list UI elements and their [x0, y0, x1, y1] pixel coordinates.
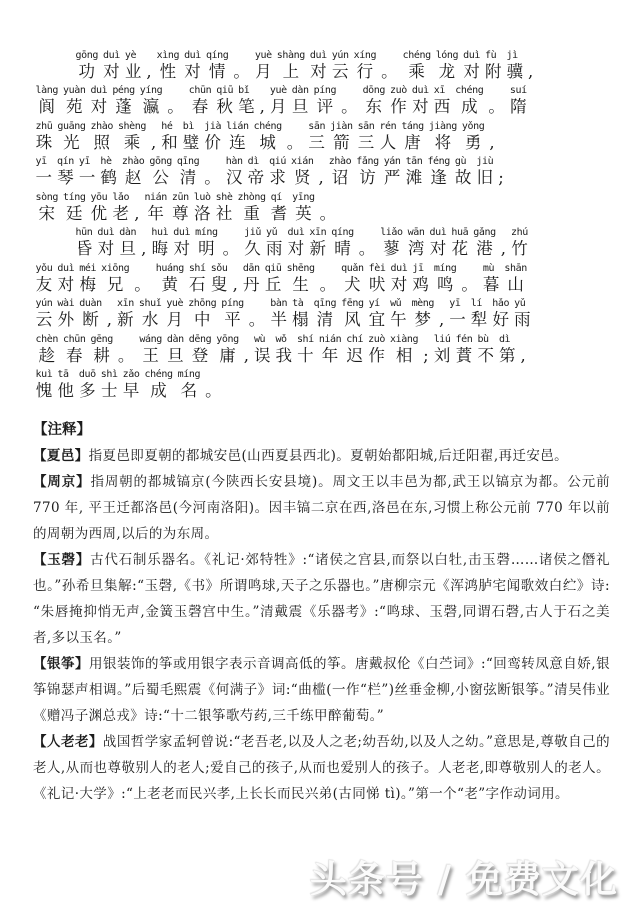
- couplet-line: 珠zhū光guāng照zhào乘shèng,和hé璧bì价jià连lián城ch…: [33, 121, 610, 152]
- annotation-entry: 【玉磬】古代石制乐器名。《礼记·郊特牲》:“诸侯之宫县,而祭以白牡,击玉磬……诸…: [33, 547, 610, 651]
- annotation-text: 古代石制乐器名。《礼记·郊特牲》:“诸侯之宫县,而祭以白牡,击玉磬……诸侯之僭礼…: [33, 552, 610, 646]
- couplet-line: 友yǒu对duì梅méi兄xiōng。黄huáng石shí叟sǒu,丹dān丘q…: [33, 263, 610, 294]
- couplet-line: 宋sòng廷tíng优yōu老lǎo,年nián尊zūn洛luò社shè重zhò…: [33, 192, 610, 223]
- document-page: 功gōng对duì业yè,性xìng对duì情qíng。月yuè上shàng对d…: [0, 0, 640, 807]
- annotation-term: 【夏邑】: [33, 448, 89, 464]
- annotation-term: 【周京】: [33, 474, 90, 490]
- annotation-entry: 【夏邑】指夏邑即夏朝的都城安邑(山西夏县西北)。夏朝始都阳城,后迁阳翟,再迁安邑…: [33, 443, 610, 469]
- annotation-term: 【银筝】: [33, 656, 89, 672]
- annotations-section: 【注释】 【夏邑】指夏邑即夏朝的都城安邑(山西夏县西北)。夏朝始都阳城,后迁阳翟…: [33, 417, 610, 807]
- couplet-line: 云yún外wài断duàn,新xīn水shuǐ月yuè中zhōng平píng。半…: [33, 298, 610, 329]
- annotation-text: 战国哲学家孟轲曾说:“老吾老,以及人之老;幼吾幼,以及人之幼。”意思是,尊敬自己…: [33, 734, 610, 802]
- couplet-line: 阆làng苑yuàn对duì蓬péng瀛yíng。春chūn秋qiū笔bǐ,月y…: [33, 85, 610, 116]
- annotation-entries: 【夏邑】指夏邑即夏朝的都城安邑(山西夏县西北)。夏朝始都阳城,后迁阳翟,再迁安邑…: [33, 443, 610, 807]
- annotation-term: 【人老老】: [33, 734, 103, 750]
- annotations-header: 【注释】: [33, 417, 610, 443]
- couplet-section: 功gōng对duì业yè,性xìng对duì情qíng。月yuè上shàng对d…: [33, 50, 610, 401]
- annotation-text: 用银装饰的筝或用银字表示音调高低的筝。唐戴叔伦《白苎词》:“回鸾转凤意自娇,银筝…: [33, 656, 610, 724]
- couplet-line: 昏hūn对duì旦dàn,晦huì对duì明míng。久jiǔ雨yǔ对duì新x…: [33, 227, 610, 258]
- couplet-line: 一yī琴qín一yī鹤hè赵zhào公gōng清qīng。汉hàn帝dì求qiú…: [33, 156, 610, 187]
- annotation-text: 指周朝的都城镐京(今陕西长安县境)。周文王以丰邑为都,武王以镐京为都。公元前 7…: [33, 474, 610, 542]
- couplet-line: 功gōng对duì业yè,性xìng对duì情qíng。月yuè上shàng对d…: [33, 50, 610, 81]
- watermark: 头条号 / 免费文化: [310, 849, 618, 903]
- couplet-line: 愧kuì他tā多duō士shì早zǎo成chéng名míng。: [33, 369, 610, 400]
- couplet-lines: 功gōng对duì业yè,性xìng对duì情qíng。月yuè上shàng对d…: [33, 50, 610, 401]
- annotation-entry: 【人老老】战国哲学家孟轲曾说:“老吾老,以及人之老;幼吾幼,以及人之幼。”意思是…: [33, 729, 610, 807]
- annotation-entry: 【银筝】用银装饰的筝或用银字表示音调高低的筝。唐戴叔伦《白苎词》:“回鸾转凤意自…: [33, 651, 610, 729]
- annotation-text: 指夏邑即夏朝的都城安邑(山西夏县西北)。夏朝始都阳城,后迁阳翟,再迁安邑。: [89, 448, 568, 464]
- annotation-term: 【玉磬】: [33, 552, 90, 568]
- couplet-line: 趁chèn春chūn耕gēng。王wáng旦dàn登dēng庸yōng,误wù我…: [33, 334, 610, 365]
- annotation-entry: 【周京】指周朝的都城镐京(今陕西长安县境)。周文王以丰邑为都,武王以镐京为都。公…: [33, 469, 610, 547]
